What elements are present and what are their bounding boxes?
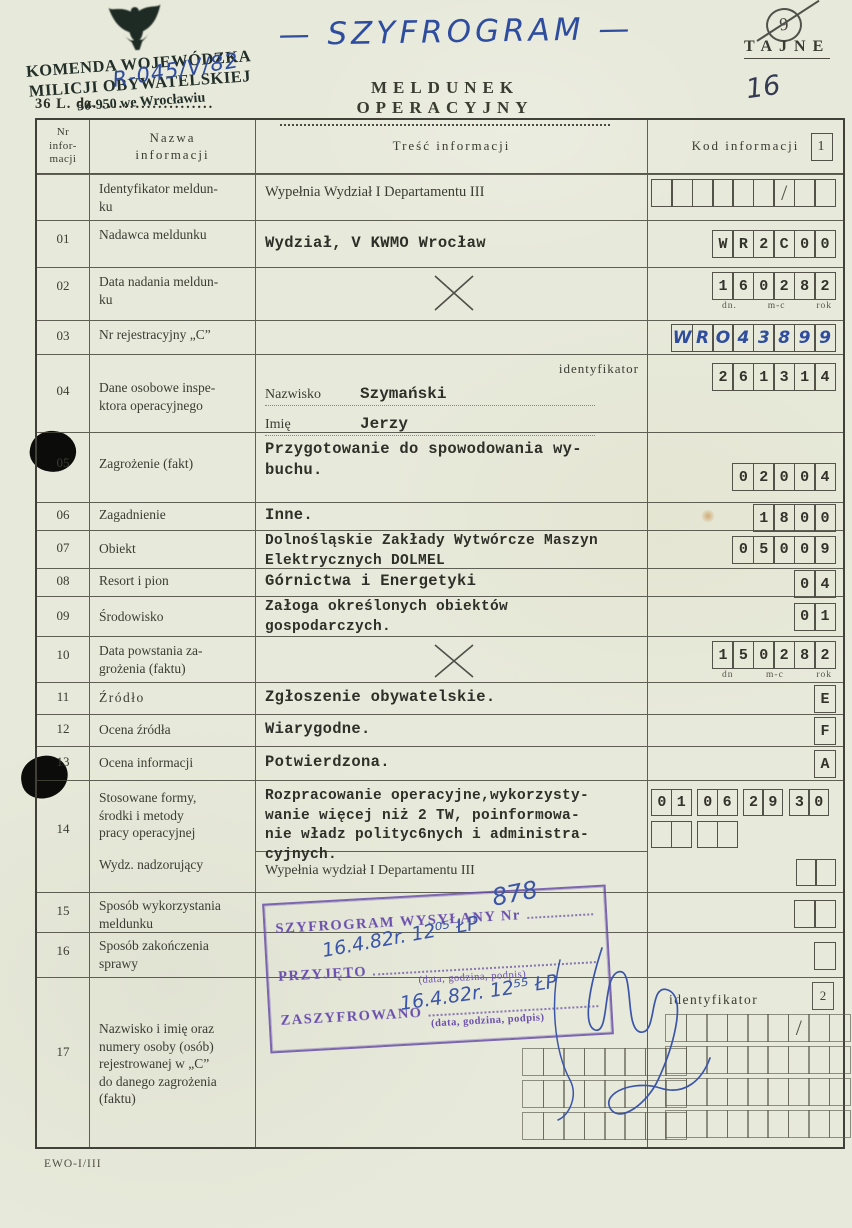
row-ocena-informacji: 13 Ocena informacji Potwierdzona. A xyxy=(37,746,843,780)
code-boxes xyxy=(797,859,836,886)
sublabel-day: dn. xyxy=(722,301,737,311)
row-label: Zagrożenie (fakt) xyxy=(89,433,255,502)
surname-line: Nazwisko Szymański xyxy=(265,385,595,406)
sublabel-day: dn xyxy=(722,670,734,680)
row-content: Rozpracowanie operacyjne,wykorzysty- wan… xyxy=(256,781,647,851)
row-content: Inne. xyxy=(255,503,647,530)
sublabel-year: rok xyxy=(816,670,832,680)
row-number: 04 xyxy=(37,355,89,432)
header-code-box: 1 xyxy=(811,133,833,161)
row-ocena-zrodla: 12 Ocena źródła Wiarygodne. F xyxy=(37,714,843,746)
row-data-nadania: 02 Data nadania meldun- ku 160282 dn. m-… xyxy=(37,267,843,320)
row-number: 11 xyxy=(37,683,89,714)
row-content: Wypełnia Wydział I Departamentu III xyxy=(255,175,647,220)
code-boxes: 04 xyxy=(795,570,836,598)
header-code: Kod informacji 1 xyxy=(647,120,843,173)
header-nr: Nr infor- macji xyxy=(37,120,89,173)
row-content: Dolnośląskie Zakłady Wytwórcze Maszyn El… xyxy=(255,531,647,568)
code-boxes: F xyxy=(816,717,836,745)
row-label: Sposób zakończenia sprawy xyxy=(89,933,255,977)
header-content: Treść informacji xyxy=(255,120,647,173)
code-boxes: 160282 xyxy=(714,272,836,300)
classification-label: TAJNE xyxy=(744,38,830,59)
row-number: 10 xyxy=(37,637,89,682)
handwritten-page-number: 16 xyxy=(744,70,782,105)
row-label: Stosowane formy, środki i metody pracy o… xyxy=(90,781,255,842)
row-content: Załoga określonych obiektów gospodarczyc… xyxy=(255,597,647,636)
code-boxes: 150282 xyxy=(714,641,836,669)
row-content: Zgłoszenie obywatelskie. xyxy=(255,683,647,714)
row-label: Resort i pion xyxy=(89,569,255,596)
sublabel-year: rok xyxy=(816,301,832,311)
row-content: Górnictwa i Energetyki xyxy=(255,569,647,596)
row-label: Data nadania meldun- ku xyxy=(89,268,255,320)
row-number: 12 xyxy=(37,715,89,746)
surname-value: Szymański xyxy=(360,385,446,403)
row-zagadnienie: 06 Zagadnienie Inne. 1800 xyxy=(37,502,843,530)
signature-scrawl xyxy=(540,930,720,1140)
registry-number-line: 36 L. dz. .................... xyxy=(35,96,214,113)
row-identyfikator-meldunku: Identyfikator meldun- ku Wypełnia Wydzia… xyxy=(37,174,843,220)
row-number: 05 xyxy=(37,433,89,502)
code-boxes-pairs: 01062930 xyxy=(653,789,829,816)
row-zagrozenie: 05 Zagrożenie (fakt) Przygotowanie do sp… xyxy=(37,432,843,502)
scanned-form-page: KOMENDA WOJEWÓDZKA MILICJI OBYWATELSKIEJ… xyxy=(0,0,852,1228)
row-label: Zagadnienie xyxy=(89,503,255,530)
row-number: 01 xyxy=(37,221,89,267)
row-label: Nr rejestracyjny „C” xyxy=(89,321,255,354)
code-boxes: 01 xyxy=(795,603,836,631)
corner-code-box: 2 xyxy=(812,982,834,1010)
row-content: Wydział, V KWMO Wrocław xyxy=(255,221,647,267)
row-sublabel: Wydz. nadzorujący xyxy=(90,842,255,874)
row-label: Nadawca meldunku xyxy=(89,221,255,267)
eagle-emblem-icon xyxy=(106,0,165,54)
row-content: Potwierdzona. xyxy=(255,747,647,780)
row-label: Obiekt xyxy=(89,531,255,568)
code-boxes-handwritten: WRO43899 xyxy=(673,324,836,352)
row-number xyxy=(37,175,89,220)
code-boxes xyxy=(795,900,836,928)
header-code-label: Kod informacji xyxy=(692,138,800,154)
code-boxes: 05009 xyxy=(734,536,836,564)
handwritten-title: — SZYFROGRAM — xyxy=(266,11,647,54)
row-srodowisko: 09 Środowisko Załoga określonych obiektó… xyxy=(37,596,843,636)
row-number: 15 xyxy=(37,893,89,932)
row-dane-inspektora: 04 Dane osobowe inspe- ktora operacyjneg… xyxy=(37,354,843,432)
row-number: 06 xyxy=(37,503,89,530)
firstname-value: Jerzy xyxy=(360,415,408,433)
form-print-code: EWO-I/III xyxy=(44,1158,102,1170)
row-label: Nazwisko i imię oraz numery osoby (osób)… xyxy=(89,978,255,1147)
row-number: 03 xyxy=(37,321,89,354)
surname-label: Nazwisko xyxy=(265,387,360,403)
row-number: 14 xyxy=(37,781,89,892)
date-box-sublabels: dn. m-c rok xyxy=(718,301,836,311)
row-number: 17 xyxy=(37,978,89,1147)
row-label: Sposób wykorzystania meldunku xyxy=(89,893,255,932)
row-label: Środowisko xyxy=(89,597,255,636)
row-resort-i-pion: 08 Resort i pion Górnictwa i Energetyki … xyxy=(37,568,843,596)
code-boxes-pairs-empty xyxy=(653,821,738,848)
row-number: 09 xyxy=(37,597,89,636)
row-label: Źródło xyxy=(89,683,255,714)
row-content: Przygotowanie do spowodowania wy- buchu. xyxy=(255,433,647,502)
code-boxes: E xyxy=(816,685,836,713)
row-label: Data powstania za- grożenia (faktu) xyxy=(89,637,255,682)
row-nr-rejestracyjny: 03 Nr rejestracyjny „C” WRO43899 xyxy=(37,320,843,354)
stamp-received-label: PRZYJĘTO xyxy=(278,964,368,986)
registry-dotted-line: .................... xyxy=(102,96,215,112)
x-mark xyxy=(431,272,477,314)
registry-label: 36 L. dz. xyxy=(35,96,97,112)
row-number: 13 xyxy=(37,747,89,780)
row-nadawca-meldunku: 01 Nadawca meldunku Wydział, V KWMO Wroc… xyxy=(37,220,843,267)
x-mark xyxy=(431,641,477,681)
sublabel-month: m-c xyxy=(766,670,784,680)
row-obiekt: 07 Obiekt Dolnośląskie Zakłady Wytwórcze… xyxy=(37,530,843,568)
code-boxes: / xyxy=(652,179,836,207)
code-boxes: WR2C00 xyxy=(714,230,836,258)
code-boxes: 261314 xyxy=(714,363,836,391)
sublabel-month: m-c xyxy=(768,301,786,311)
identifier-label: identyfikator xyxy=(559,361,639,377)
row-label: Ocena informacji xyxy=(89,747,255,780)
row-number: 16 xyxy=(37,933,89,977)
row-stosowane-formy: 14 Stosowane formy, środki i metody prac… xyxy=(37,780,843,892)
code-boxes: A xyxy=(816,750,836,778)
row-data-powstania: 10 Data powstania za- grożenia (faktu) 1… xyxy=(37,636,843,682)
row-label: Ocena źródła xyxy=(89,715,255,746)
row-number: 07 xyxy=(37,531,89,568)
row-number: 02 xyxy=(37,268,89,320)
row-zrodlo: 11 Źródło Zgłoszenie obywatelskie. E xyxy=(37,682,843,714)
code-boxes: 1800 xyxy=(754,504,836,532)
code-boxes: 02004 xyxy=(734,463,836,491)
row-content: Wiarygodne. xyxy=(255,715,647,746)
row-label: Identyfikator meldun- ku xyxy=(89,175,255,220)
row-label: Dane osobowe inspe- ktora operacyjnego xyxy=(89,355,255,432)
firstname-label: Imię xyxy=(265,417,360,433)
date-box-sublabels: dn m-c rok xyxy=(718,670,836,680)
row-number: 08 xyxy=(37,569,89,596)
header-name: Nazwa informacji xyxy=(89,120,255,173)
table-header-row: Nr infor- macji Nazwa informacji Treść i… xyxy=(37,120,843,174)
code-boxes xyxy=(816,942,836,970)
